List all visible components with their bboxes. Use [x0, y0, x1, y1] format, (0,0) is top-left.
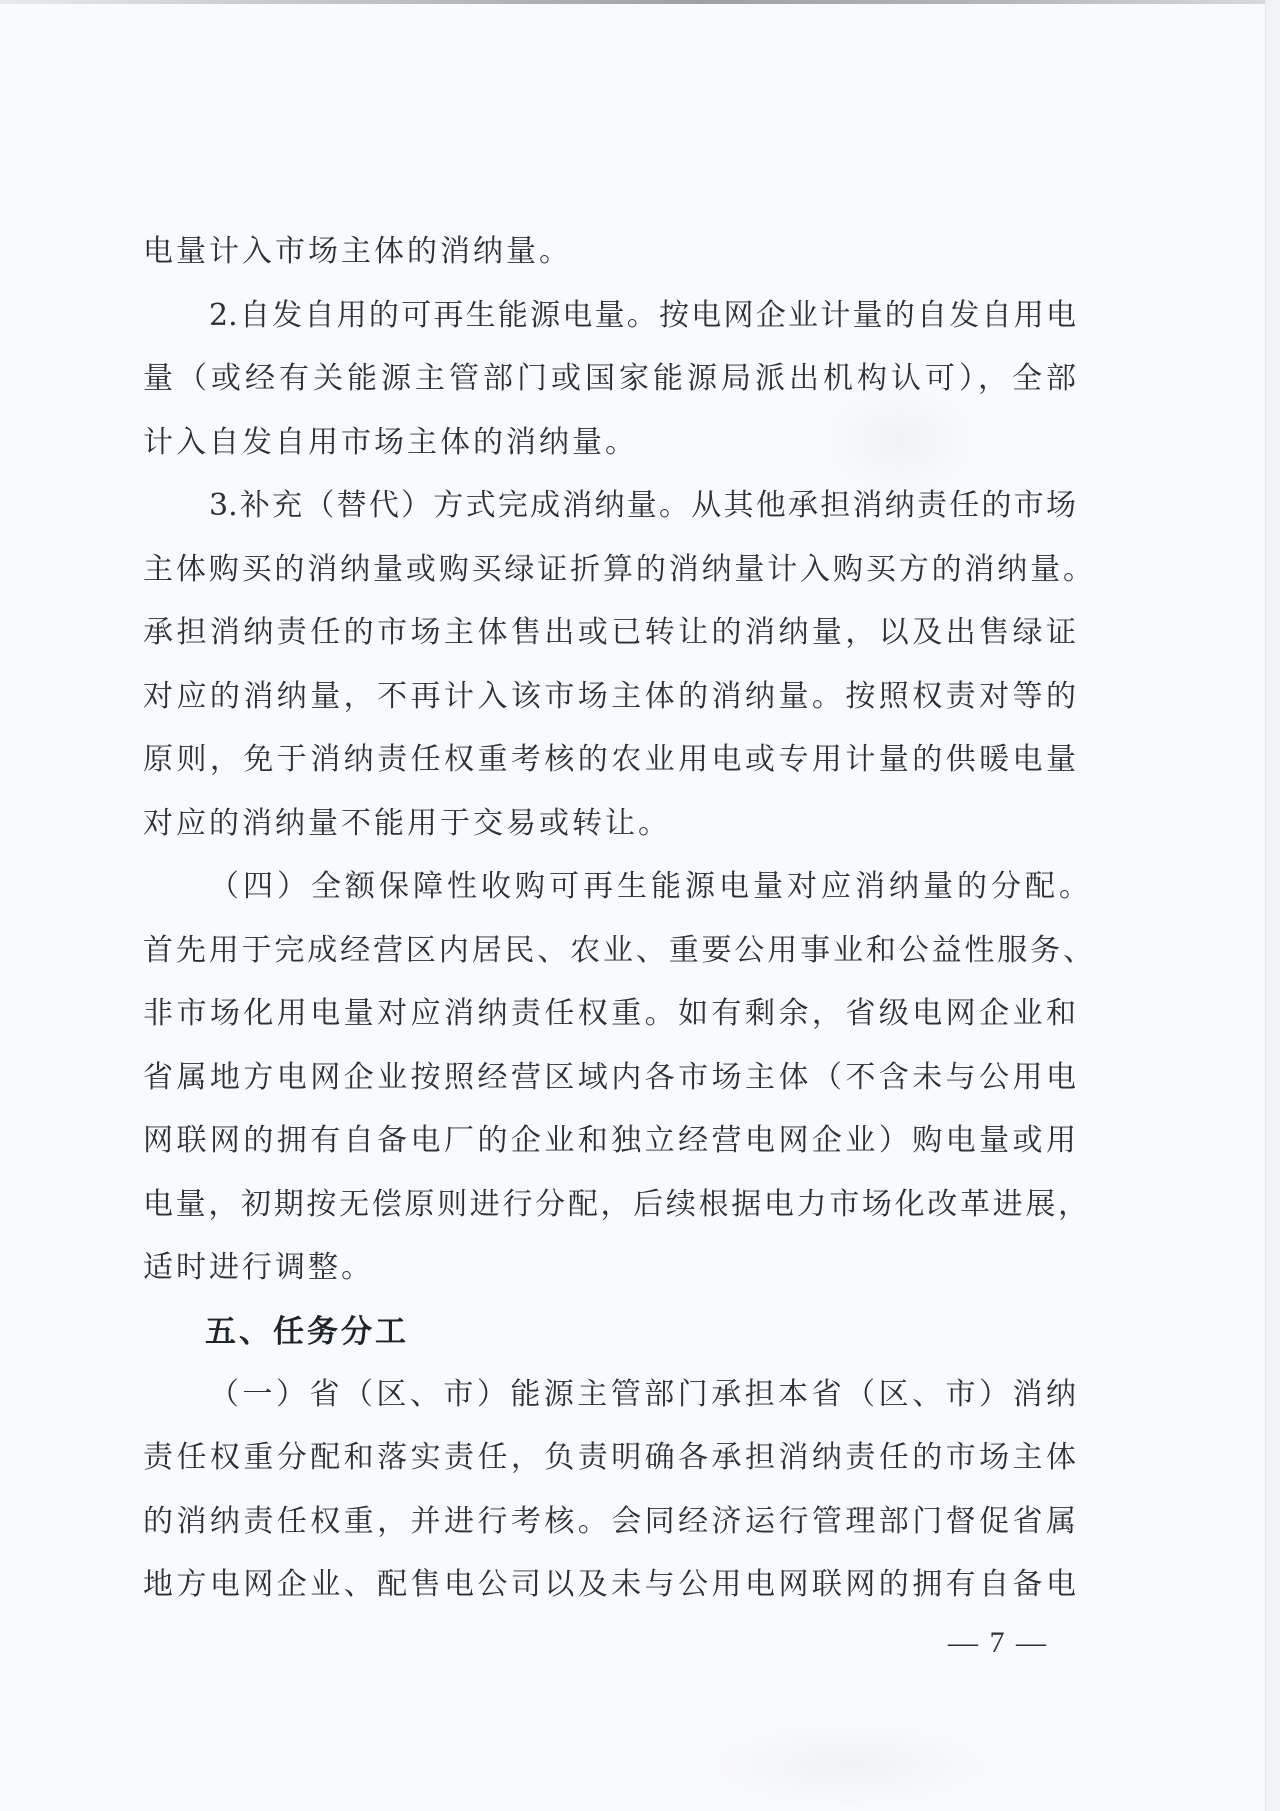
text-line: 原则，免于消纳责任权重考核的农业用电或专用计量的供暖电量 — [143, 740, 1076, 780]
bleed-through-mark — [700, 1720, 1000, 1810]
text-line: 电量，初期按无偿原则进行分配，后续根据电力市场化改革进展， — [143, 1185, 1088, 1225]
text-line: 的消纳责任权重，并进行考核。会同经济运行管理部门督促省属 — [143, 1502, 1076, 1542]
text-line: 2.自发自用的可再生能源电量。按电网企业计量的自发自用电 — [209, 296, 1076, 336]
scan-edge-right — [1265, 0, 1280, 1811]
scan-edge-top — [0, 0, 1270, 4]
text-line: 对应的消纳量，不再计入该市场主体的消纳量。按照权责对等的 — [143, 677, 1076, 717]
text-line: （四）全额保障性收购可再生能源电量对应消纳量的分配。 — [209, 867, 1089, 907]
text-line: （一）省（区、市）能源主管部门承担本省（区、市）消纳 — [209, 1375, 1076, 1415]
text-line: 对应的消纳量不能用于交易或转让。 — [143, 804, 1076, 844]
text-line: 3.补充（替代）方式完成消纳量。从其他承担消纳责任的市场 — [209, 486, 1076, 526]
text-line: 承担消纳责任的市场主体售出或已转让的消纳量，以及出售绿证 — [143, 613, 1076, 653]
text-line: 首先用于完成经营区内居民、农业、重要公用事业和公益性服务、 — [143, 931, 1093, 971]
text-line: 适时进行调整。 — [143, 1248, 1076, 1288]
text-line: 地方电网企业、配售电公司以及未与公用电网联网的拥有自备电 — [143, 1565, 1076, 1605]
text-line: 主体购买的消纳量或购买绿证折算的消纳量计入购买方的消纳量。 — [143, 550, 1093, 590]
text-line: 计入自发自用市场主体的消纳量。 — [143, 423, 1076, 463]
text-line: 省属地方电网企业按照经营区域内各市场主体（不含未与公用电 — [143, 1058, 1076, 1098]
text-line: 网联网的拥有自备电厂的企业和独立经营电网企业）购电量或用 — [143, 1121, 1076, 1161]
text-line: 非市场化用电量对应消纳责任权重。如有剩余，省级电网企业和 — [143, 994, 1076, 1034]
text-line: 量（或经有关能源主管部门或国家能源局派出机构认可），全部 — [143, 359, 1076, 399]
page-number: — 7 — — [948, 1625, 1048, 1661]
text-line: 责任权重分配和落实责任，负责明确各承担消纳责任的市场主体 — [143, 1438, 1076, 1478]
text-line: 电量计入市场主体的消纳量。 — [143, 232, 1076, 272]
section-heading: 五、任务分工 — [205, 1311, 409, 1353]
